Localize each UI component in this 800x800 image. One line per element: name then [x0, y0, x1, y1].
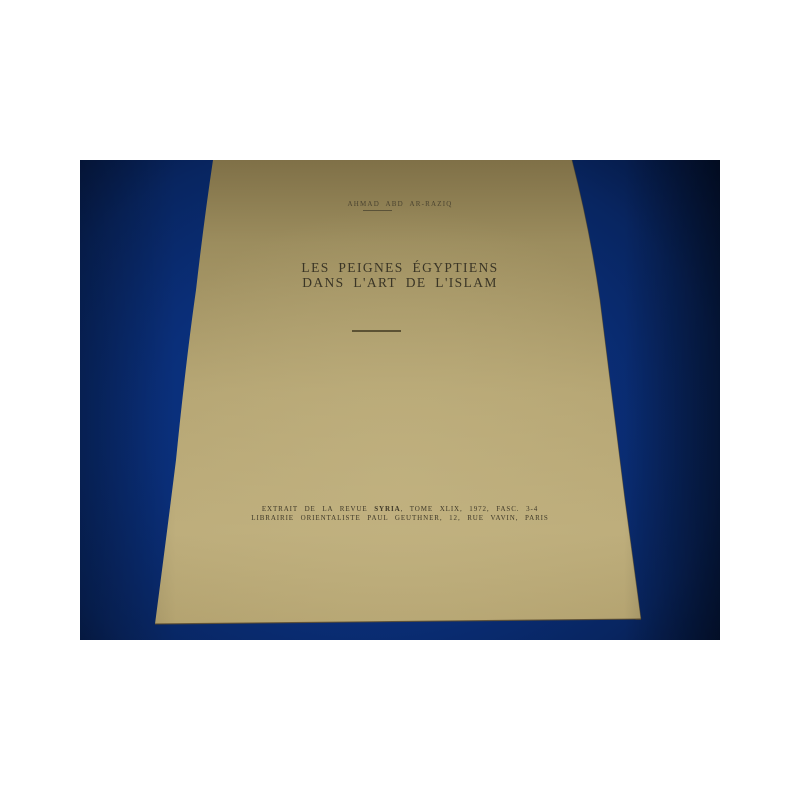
author-name: AHMAD ABD AR-RAZIQ: [80, 200, 720, 208]
author-divider: [363, 210, 392, 211]
title-divider: [352, 330, 401, 332]
imprint-prefix: EXTRAIT DE LA REVUE: [262, 505, 374, 513]
journal-name: SYRIA: [374, 505, 400, 513]
imprint-line-2: LIBRAIRIE ORIENTALISTE PAUL GEUTHNER, 12…: [80, 514, 720, 523]
photograph: AHMAD ABD AR-RAZIQ LES PEIGNES ÉGYPTIENS…: [80, 160, 720, 640]
cover-text: AHMAD ABD AR-RAZIQ LES PEIGNES ÉGYPTIENS…: [80, 160, 720, 640]
imprint: EXTRAIT DE LA REVUE SYRIA, TOME XLIX, 19…: [80, 505, 720, 523]
imprint-line-1: EXTRAIT DE LA REVUE SYRIA, TOME XLIX, 19…: [80, 505, 720, 514]
title-line-2: DANS L'ART DE L'ISLAM: [80, 275, 720, 290]
title-line-1: LES PEIGNES ÉGYPTIENS: [80, 260, 720, 275]
cover-title: LES PEIGNES ÉGYPTIENS DANS L'ART DE L'IS…: [80, 260, 720, 290]
imprint-suffix: , TOME XLIX, 1972, FASC. 3-4: [401, 505, 539, 513]
